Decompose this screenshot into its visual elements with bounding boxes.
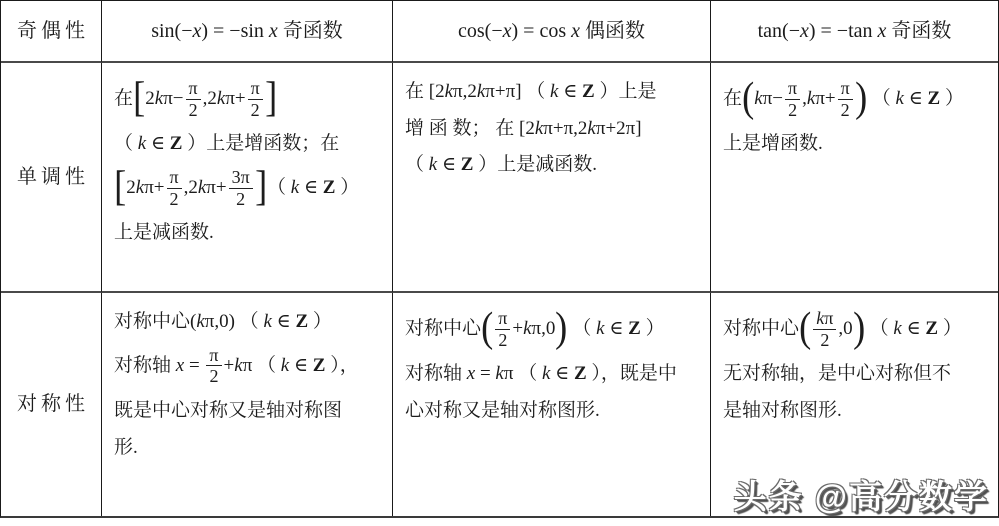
math-line: 对称中心(π2+kπ,0) （ k ∈ Z ） [405,308,700,351]
math-line: 增 函 数； 在 [2kπ+π,2kπ+2π] [405,115,700,143]
monotonicity-tan-cell: 在(kπ−π2,kπ+π2) （ k ∈ Z ）上是增函数. [711,63,998,293]
parity-sin-cell: sin(−x) = −sin x 奇函数 [102,1,393,63]
math-line: 心对称又是轴对称图形. [405,397,700,425]
math-line: 形. [114,434,382,462]
monotonicity-sin-cell: 在[2kπ−π2,2kπ+π2]（ k ∈ Z ）上是增函数；在[2kπ+π2,… [102,63,393,293]
math-line: 在[2kπ−π2,2kπ+π2] [114,78,382,121]
watermark-toutiao-gaofenshuxue: 头条 @高分数学 [734,471,989,518]
math-line: 既是中心对称又是轴对称图 [114,397,382,425]
row-label-parity: 奇偶性 [1,1,102,63]
math-line: sin(−x) = −sin x 奇函数 [151,17,343,46]
math-line: 对称中心(kπ,0) （ k ∈ Z ） [114,308,382,336]
screenshot-stage: 奇偶性 sin(−x) = −sin x 奇函数 cos(−x) = cos x… [0,0,999,526]
math-line: 是轴对称图形. [723,397,988,425]
parity-cos-cell: cos(−x) = cos x 偶函数 [393,1,711,63]
math-line: 上是增函数. [723,130,988,158]
math-line: tan(−x) = −tan x 奇函数 [758,17,952,46]
math-line: 对称中心(kπ2,0) （ k ∈ Z ） [723,308,988,351]
monotonicity-cos-cell: 在 [2kπ,2kπ+π] （ k ∈ Z ）上是增 函 数； 在 [2kπ+π… [393,63,711,293]
parity-tan-cell: tan(−x) = −tan x 奇函数 [711,1,998,63]
math-line: 上是减函数. [114,219,382,247]
math-line: 对称轴 x = π2+kπ （ k ∈ Z ）， [114,345,382,388]
trig-properties-table: 奇偶性 sin(−x) = −sin x 奇函数 cos(−x) = cos x… [0,0,999,518]
symmetry-cos-cell: 对称中心(π2+kπ,0) （ k ∈ Z ）对称轴 x = kπ （ k ∈ … [393,293,711,516]
math-line: [2kπ+π2,2kπ+3π2]（ k ∈ Z ） [114,167,382,210]
math-line: cos(−x) = cos x 偶函数 [458,17,645,46]
row-label-symmetry: 对称性 [1,293,102,516]
math-line: （ k ∈ Z ）上是减函数. [405,151,700,179]
math-line: 在(kπ−π2,kπ+π2) （ k ∈ Z ） [723,78,988,121]
symmetry-sin-cell: 对称中心(kπ,0) （ k ∈ Z ）对称轴 x = π2+kπ （ k ∈ … [102,293,393,516]
math-line: 在 [2kπ,2kπ+π] （ k ∈ Z ）上是 [405,78,700,106]
row-label-monotonicity: 单调性 [1,63,102,293]
math-line: 无对称轴，是中心对称但不 [723,360,988,388]
math-line: 对称轴 x = kπ （ k ∈ Z ），既是中 [405,360,700,388]
math-line: （ k ∈ Z ）上是增函数；在 [114,130,382,158]
